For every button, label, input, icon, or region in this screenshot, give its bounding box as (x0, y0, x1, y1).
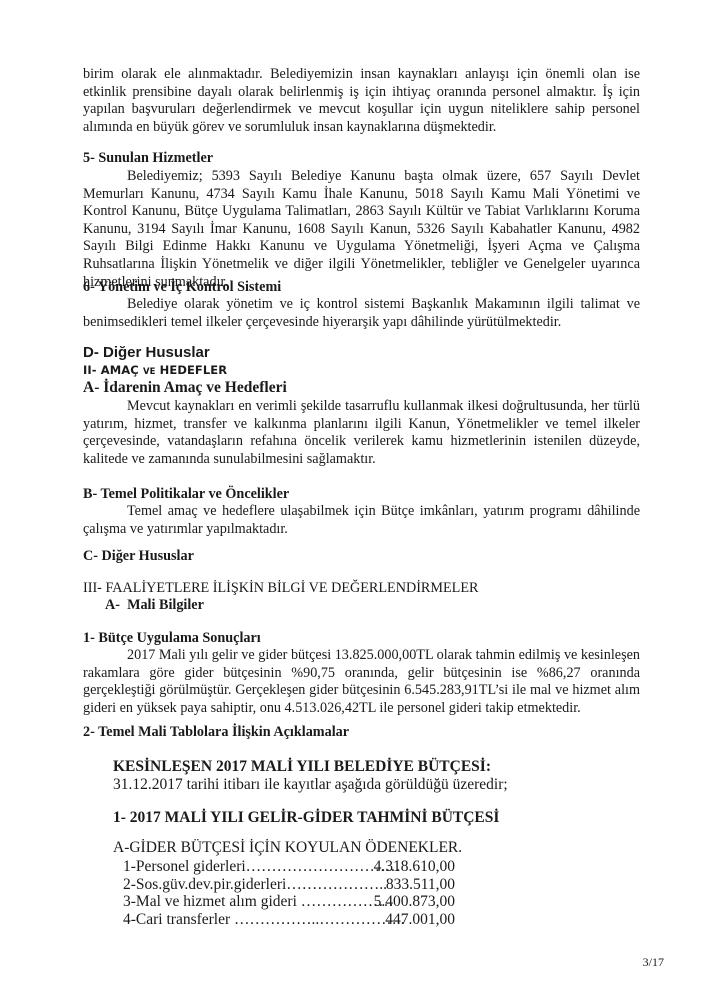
budget-results-heading: 1- Bütçe Uygulama Sonuçları (83, 630, 640, 648)
expense-label: 1-Personel giderleri………………………… (123, 857, 401, 876)
section-d-heading: D- Diğer Hususlar (83, 344, 640, 362)
budget-results-body: 2017 Mali yılı gelir ve gider bütçesi 13… (83, 647, 640, 717)
expense-table: 1-Personel giderleri………………………… 4.318.610… (113, 857, 455, 927)
expense-label: 3-Mal ve hizmet alım gideri ……………… (123, 892, 394, 911)
intro-paragraph: birim olarak ele alınmaktadır. Belediyem… (83, 66, 640, 136)
expense-row: 1-Personel giderleri………………………… 4.318.610… (113, 857, 455, 875)
expense-label: 4-Cari transferler ……………..…………….. (123, 910, 405, 929)
expense-value: 5.400.873,00 (374, 892, 455, 911)
budget-note: 31.12.2017 tarihi itibarı ile kayıtlar a… (113, 775, 633, 794)
expense-value: 447.001,00 (385, 910, 455, 929)
section-ii-a-body: Mevcut kaynakları en verimli şekilde tas… (83, 398, 640, 468)
section-ii-heading-suffix: HEDEFLER (160, 363, 228, 377)
estimate-title: 1- 2017 MALİ YILI GELİR-GİDER TAHMİNİ BÜ… (113, 808, 633, 827)
section-ii-b-body: Temel amaç ve hedeflere ulaşabilmek için… (83, 503, 640, 538)
expense-title: A-GİDER BÜTÇESİ İÇİN KOYULAN ÖDENEKLER. (113, 838, 633, 857)
expense-row: 2-Sos.güv.dev.pir.giderleri……………….. 833.… (113, 875, 455, 893)
document-page: birim olarak ele alınmaktadır. Belediyem… (0, 0, 707, 1000)
section-6-body: Belediye olarak yönetim ve iç kontrol si… (83, 296, 640, 331)
section-ii-b-heading: B- Temel Politikalar ve Öncelikler (83, 486, 640, 504)
section-ii-a-heading: A- İdarenin Amaç ve Hedefleri (83, 378, 640, 397)
financial-tables-heading: 2- Temel Mali Tablolara İlişkin Açıklama… (83, 724, 640, 742)
expense-row: 3-Mal ve hizmet alım gideri ……………… 5.400… (113, 892, 455, 910)
budget-title: KESİNLEŞEN 2017 MALİ YILI BELEDİYE BÜTÇE… (113, 757, 633, 776)
expense-label: 2-Sos.güv.dev.pir.giderleri……………….. (123, 875, 387, 894)
section-iii-a-heading: A- Mali Bilgiler (105, 597, 505, 615)
section-5-heading: 5- Sunulan Hizmetler (83, 150, 640, 168)
section-iii-heading: III- FAALİYETLERE İLİŞKİN BİLGİ VE DEĞER… (83, 580, 640, 598)
section-5-body: Belediyemiz; 5393 Sayılı Belediye Kanunu… (83, 168, 640, 291)
section-ii-heading-prefix: II- AMAÇ (83, 363, 139, 377)
section-6-heading: 6- Yönetim ve İç Kontrol Sistemi (83, 279, 640, 297)
expense-value: 833.511,00 (386, 875, 455, 894)
section-ii-heading-small: VE (143, 367, 156, 377)
section-ii-c-heading: C- Diğer Hususlar (83, 548, 640, 566)
expense-row: 4-Cari transferler ……………..…………….. 447.00… (113, 910, 455, 928)
page-number: 3/17 (643, 955, 664, 970)
expense-value: 4.318.610,00 (374, 857, 455, 876)
